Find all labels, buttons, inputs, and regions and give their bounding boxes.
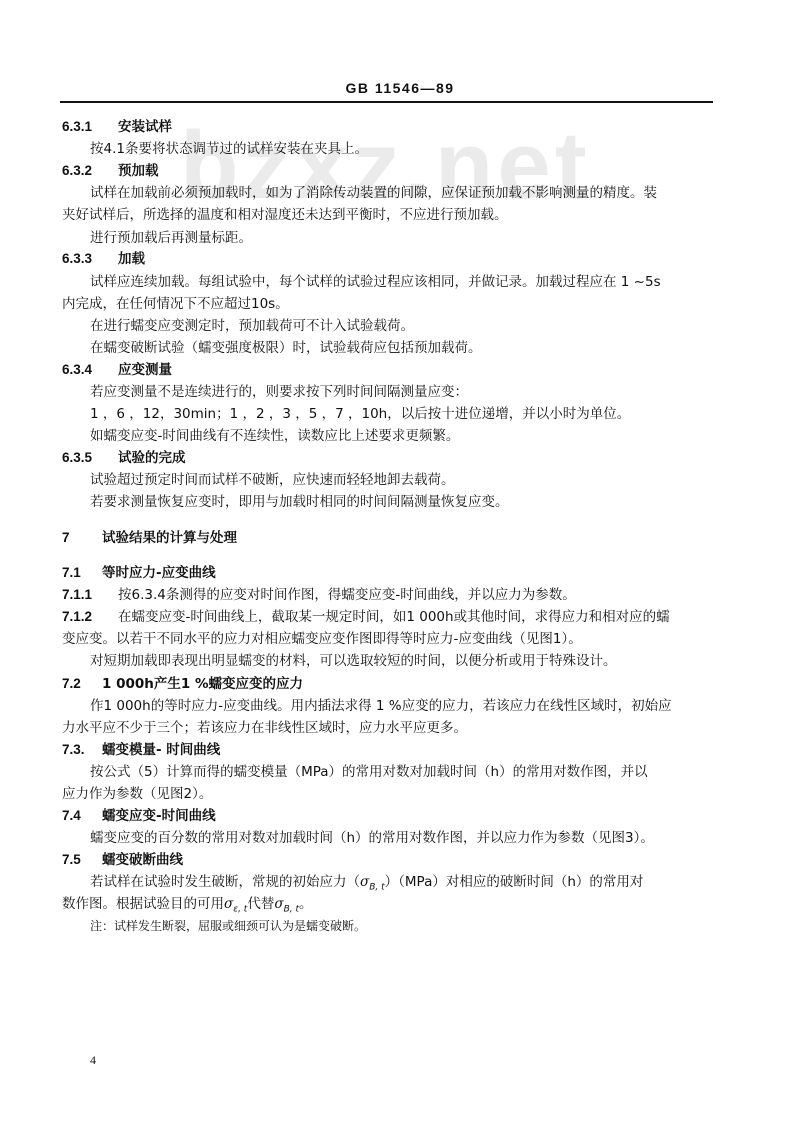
sigma-symbol: σ bbox=[274, 896, 283, 912]
paragraph: 进行预加载后再测量标距。 bbox=[90, 229, 252, 247]
sigma-symbol: σ bbox=[224, 896, 233, 912]
paragraph: 力水平应不少于三个；若该应力在非线性区域时，应力水平应更多。 bbox=[62, 719, 467, 737]
paragraph: 在进行蠕变应变测定时，预加载荷可不计入试验载荷。 bbox=[90, 317, 414, 335]
paragraph: 内完成，在任何情况下不应超过10s。 bbox=[62, 295, 289, 313]
section-heading-7-1: 7.1等时应力-应变曲线 bbox=[62, 564, 216, 582]
section-heading-7-2: 7.21 000h产生1 %蠕变应变的应力 bbox=[62, 675, 303, 693]
chapter-heading-7: 7试验结果的计算与处理 bbox=[62, 529, 237, 547]
section-heading-6-3-1: 6.3.1安装试样 bbox=[62, 118, 172, 136]
paragraph: 试样应连续加载。每组试验中，每个试样的试验过程应该相同，并做记录。加载过程应在 … bbox=[90, 273, 661, 291]
paragraph: 试验超过预定时间而试样不破断，应快速而轻轻地卸去载荷。 bbox=[90, 471, 455, 489]
paragraph-7-1-2: 7.1.2在蠕变应变-时间曲线上，截取某一规定时间，如1 000h或其他时间，求… bbox=[62, 608, 670, 626]
paragraph: 试样在加载前必须预加载时，如为了消除传动装置的间隙，应保证预加载不影响测量的精度… bbox=[90, 184, 657, 202]
section-heading-7-5: 7.5蠕变破断曲线 bbox=[62, 851, 183, 869]
section-heading-7-4: 7.4蠕变应变-时间曲线 bbox=[62, 807, 216, 825]
paragraph: 若要求测量恢复应变时，即用与加载时相同的时间间隔测量恢复应变。 bbox=[90, 493, 509, 511]
paragraph: 如蠕变应变-时间曲线有不连续性，读数应比上述要求更频繁。 bbox=[90, 427, 459, 445]
section-heading-6-3-5: 6.3.5试验的完成 bbox=[62, 449, 186, 467]
paragraph: 对短期加载即表现出明显蠕变的材料，可以选取较短的时间，以便分析或用于特殊设计。 bbox=[90, 652, 617, 670]
paragraph: 1 ，6 ，12，30min；1 ，2 ，3 ，5 ，7 ，10h，以后按十进位… bbox=[90, 405, 630, 423]
section-heading-6-3-3: 6.3.3加载 bbox=[62, 250, 145, 268]
paragraph: 夹好试样后，所选择的温度和相对湿度还未达到平衡时，不应进行预加载。 bbox=[62, 206, 508, 224]
paragraph: 若试样在试验时发生破断，常规的初始应力（σB, t）（MPa）对相应的破断时间（… bbox=[90, 873, 643, 897]
paragraph: 按公式（5）计算而得的蠕变模量（MPa）的常用对数对加载时间（h）的常用对数作图… bbox=[90, 763, 648, 781]
paragraph: 作1 000h的等时应力-应变曲线。用内插法求得 1 %应变的应力，若该应力在线… bbox=[90, 697, 672, 715]
header-rule bbox=[60, 101, 713, 103]
paragraph: 按4.1条要将状态调节过的试样安装在夹具上。 bbox=[90, 140, 368, 158]
note: 注：试样发生断裂，屈服或细颈可认为是蠕变破断。 bbox=[90, 917, 366, 935]
page-number: 4 bbox=[90, 1053, 96, 1068]
paragraph: 变应变。以若干不同水平的应力对相应蠕变应变作图即得等时应力-应变曲线（见图1）。 bbox=[62, 630, 582, 648]
paragraph: 数作图。根据试验目的可用σε, t代替σB, t。 bbox=[62, 895, 313, 919]
paragraph: 在蠕变破断试验（蠕变强度极限）时，试验载荷应包括预加载荷。 bbox=[90, 339, 482, 357]
paragraph-7-1-1: 7.1.1按6.3.4条测得的应变对时间作图，得蠕变应变-时间曲线，并以应力为参… bbox=[62, 586, 576, 604]
paragraph: 蠕变应变的百分数的常用对数对加载时间（h）的常用对数作图，并以应力作为参数（见图… bbox=[90, 829, 654, 847]
section-heading-7-3: 7.3.蠕变模量- 时间曲线 bbox=[62, 741, 220, 759]
section-heading-6-3-4: 6.3.4应变测量 bbox=[62, 361, 172, 379]
sigma-symbol: σ bbox=[360, 874, 369, 890]
standard-code-header: GB 11546—89 bbox=[0, 80, 800, 96]
section-heading-6-3-2: 6.3.2预加载 bbox=[62, 162, 159, 180]
paragraph: 若应变测量不是连续进行的，则要求按下列时间间隔测量应变： bbox=[90, 383, 468, 401]
paragraph: 应力作为参数（见图2）。 bbox=[62, 785, 212, 803]
